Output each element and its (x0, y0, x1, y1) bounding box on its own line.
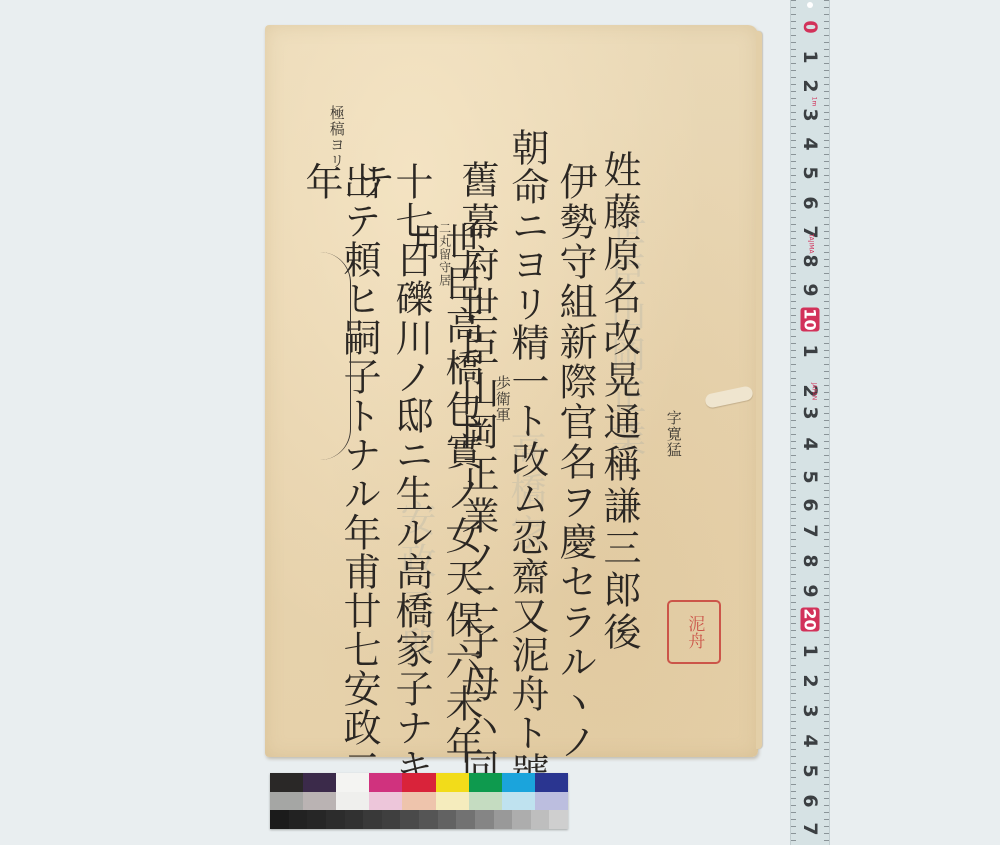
color-swatch (270, 792, 303, 811)
gray-swatch (289, 810, 308, 829)
ruler-label: 2 (799, 669, 821, 693)
color-calibration-chart (270, 773, 568, 829)
measuring-ruler: 0 1 2 3 4 5 6 7 8 9 10 1 2 3 4 5 6 7 8 9… (790, 0, 830, 845)
color-swatch (436, 773, 469, 792)
red-seal-stamp: 泥舟 (667, 600, 721, 664)
chart-row-tint (270, 792, 568, 811)
gray-swatch (382, 810, 401, 829)
ruler-brand-mark: TAJIMA (808, 233, 815, 253)
color-swatch (402, 773, 435, 792)
ruler-label: 5 (799, 465, 821, 489)
gray-swatch (456, 810, 475, 829)
color-swatch (270, 773, 303, 792)
color-swatch (436, 792, 469, 811)
text-column-3: 朝命ニヨリ精一ト改ム忍齋又泥舟ト號ス (508, 128, 546, 830)
ruler-brand-mark: JAPAN (810, 383, 817, 401)
ruler-label: 5 (799, 161, 821, 185)
color-swatch (303, 792, 336, 811)
gray-swatch (270, 810, 289, 829)
ruler-label-20: 20 (801, 608, 820, 632)
gray-swatch (512, 810, 531, 829)
annotation-column-5: 二丸留守居 (438, 222, 451, 287)
gray-swatch (400, 810, 419, 829)
ruler-label: 4 (799, 132, 821, 156)
ruler-label: 6 (799, 789, 821, 813)
ruler-label: 9 (799, 579, 821, 603)
page-edge (756, 31, 762, 749)
gray-swatch (549, 810, 568, 829)
color-swatch (369, 792, 402, 811)
ruler-label: 1 (799, 639, 821, 663)
color-swatch (502, 773, 535, 792)
ruler-label: 9 (799, 278, 821, 302)
gray-swatch (307, 810, 326, 829)
ruler-hole (807, 2, 813, 8)
ruler-label: 4 (799, 432, 821, 456)
ruler-label: 6 (799, 493, 821, 517)
ruler-label: 5 (799, 759, 821, 783)
chart-row-grayscale (270, 810, 568, 829)
ruler-label-10: 10 (801, 308, 820, 332)
color-swatch (303, 773, 336, 792)
ruler-label: 7 (799, 817, 821, 841)
ruler-unit-mark: 1m (810, 97, 817, 107)
color-swatch (502, 792, 535, 811)
gray-swatch (475, 810, 494, 829)
annotation-column-4: 歩衛軍 (494, 375, 510, 423)
chart-row-color (270, 773, 568, 792)
annotation-column-1: 字寛猛 (665, 410, 681, 458)
color-swatch (469, 792, 502, 811)
ruler-label: 1 (799, 45, 821, 69)
annotation-column-7: 極稿ヨリ (328, 105, 344, 169)
color-swatch (336, 773, 369, 792)
ruler-label: 3 (799, 699, 821, 723)
gray-swatch (419, 810, 438, 829)
gray-swatch (438, 810, 457, 829)
ruler-label: 0 (799, 15, 821, 39)
gray-swatch (494, 810, 513, 829)
ruler-label: 3 (799, 401, 821, 425)
ruler-label: 1 (799, 339, 821, 363)
gray-swatch (326, 810, 345, 829)
gray-swatch (363, 810, 382, 829)
color-swatch (469, 773, 502, 792)
color-swatch (336, 792, 369, 811)
gray-swatch (531, 810, 550, 829)
ruler-label: 4 (799, 729, 821, 753)
text-column-1: 姓藤原名改晃通稱謙三郎後 (600, 150, 638, 654)
gray-swatch (345, 810, 364, 829)
ink-bracket-mark (320, 252, 351, 460)
text-column-2: 伊勢守組新際官名ヲ慶セラルヽノ (556, 162, 594, 762)
ruler-label: 2 (799, 74, 821, 98)
ruler-label: 7 (799, 519, 821, 543)
color-swatch (402, 792, 435, 811)
color-swatch (369, 773, 402, 792)
color-swatch (535, 792, 568, 811)
ruler-label: 6 (799, 191, 821, 215)
ruler-label: 8 (799, 549, 821, 573)
color-swatch (535, 773, 568, 792)
